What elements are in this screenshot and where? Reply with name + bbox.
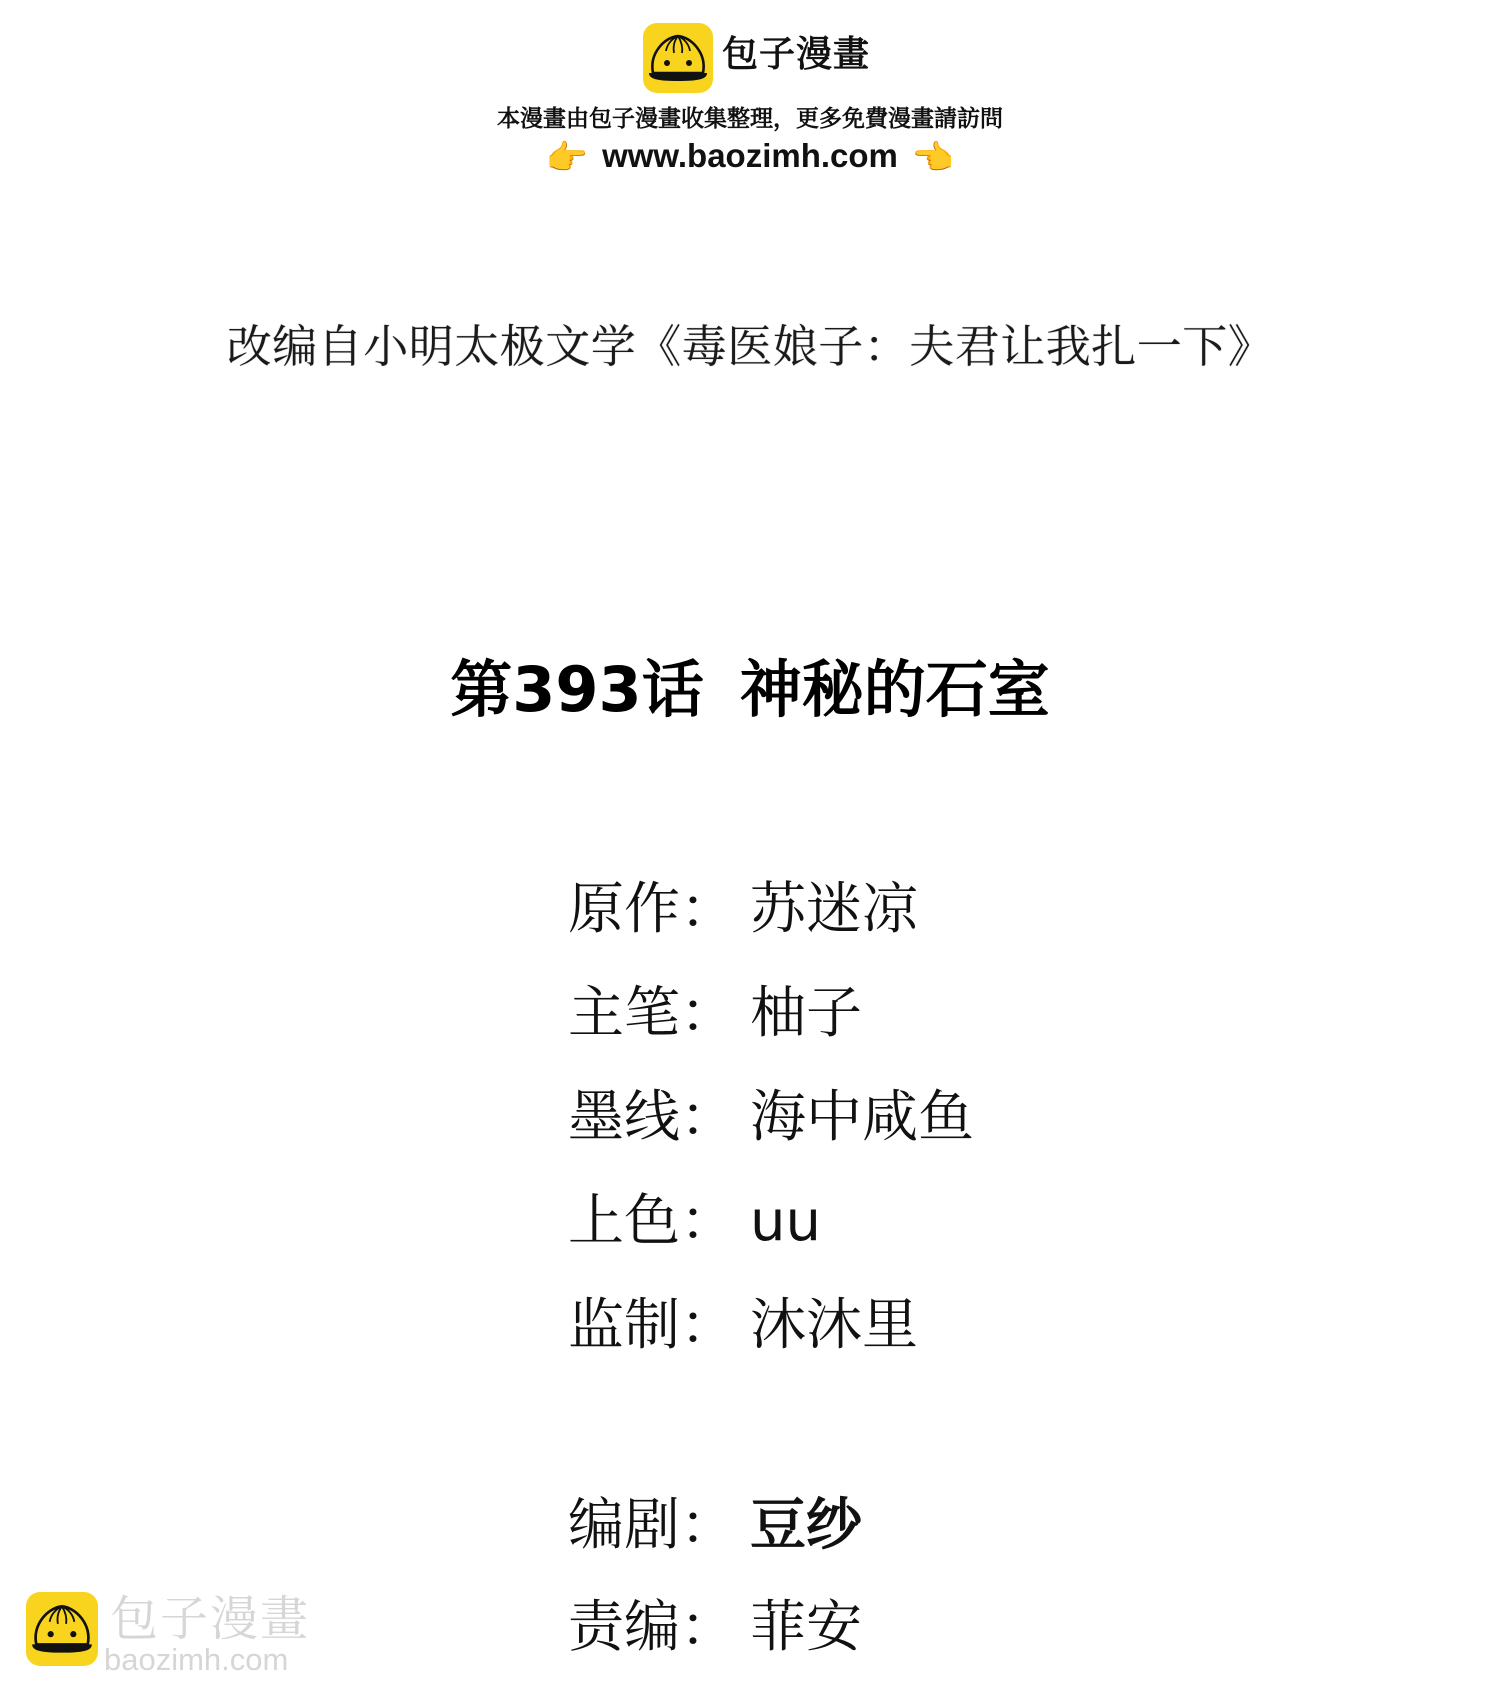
site-url-link[interactable]: www.baozimh.com bbox=[602, 137, 898, 174]
site-url-line: 👉www.baozimh.com👈 bbox=[0, 136, 1500, 178]
credit-role: 责编： bbox=[568, 1596, 750, 1660]
credit-name: uu bbox=[750, 1190, 821, 1254]
steamed-bun-icon bbox=[643, 23, 713, 93]
credit-role: 原作： bbox=[568, 878, 750, 942]
chapter-number: 第393话 bbox=[450, 653, 703, 726]
watermark-url: baozimh.com bbox=[104, 1643, 288, 1677]
pointing-right-hand-icon: 👉 bbox=[546, 138, 588, 178]
credit-row-editor: 责编：菲安 bbox=[568, 1596, 862, 1660]
collection-notice: 本漫畫由包子漫畫收集整理，更多免費漫畫請訪問 bbox=[0, 104, 1500, 134]
credit-row-inking: 墨线：海中咸鱼 bbox=[568, 1086, 974, 1150]
credit-role: 编剧： bbox=[568, 1494, 750, 1558]
adaptation-credit: 改编自小明太极文学《毒医娘子：夫君让我扎一下》 bbox=[0, 318, 1500, 376]
credit-row-screenwriter: 编剧：豆纱 bbox=[568, 1494, 862, 1558]
chapter-name: 神秘的石室 bbox=[740, 653, 1050, 726]
credit-row-original: 原作：苏迷凉 bbox=[568, 878, 918, 942]
credit-role: 上色： bbox=[568, 1190, 750, 1254]
watermark-steamed-bun-icon bbox=[26, 1592, 98, 1666]
credit-row-lead-artist: 主笔：柚子 bbox=[568, 982, 862, 1046]
credit-name: 沐沐里 bbox=[750, 1294, 918, 1358]
credit-name: 豆纱 bbox=[750, 1494, 862, 1558]
credit-role: 墨线： bbox=[568, 1086, 750, 1150]
credit-row-supervisor: 监制：沐沐里 bbox=[568, 1294, 918, 1358]
credit-name: 菲安 bbox=[750, 1596, 862, 1660]
credit-name: 柚子 bbox=[750, 982, 862, 1046]
credit-name: 苏迷凉 bbox=[750, 878, 918, 942]
credit-row-coloring: 上色：uu bbox=[568, 1190, 821, 1254]
pointing-left-hand-icon: 👈 bbox=[912, 138, 954, 178]
credit-role: 监制： bbox=[568, 1294, 750, 1358]
brand-logo-text: 包子漫畫 bbox=[722, 30, 870, 80]
watermark-title: 包子漫畫 bbox=[110, 1592, 310, 1646]
credit-name: 海中咸鱼 bbox=[750, 1086, 974, 1150]
credit-role: 主笔： bbox=[568, 982, 750, 1046]
chapter-title: 第393话神秘的石室 bbox=[0, 652, 1500, 728]
